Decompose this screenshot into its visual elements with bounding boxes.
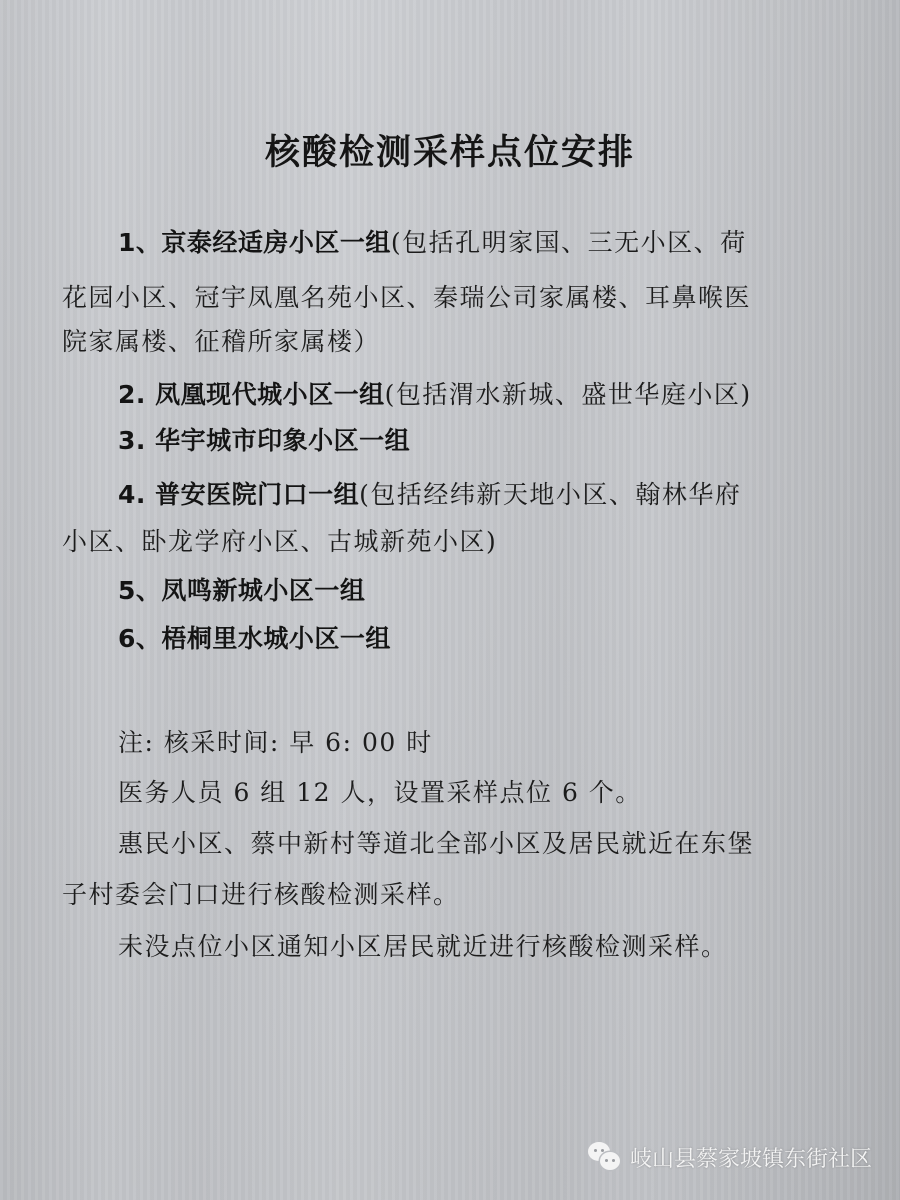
note-north-residents: 惠民小区、蔡中新村等道北全部小区及居民就近在东堡 [118, 829, 754, 859]
note-staff: 医务人员 6 组 12 人，设置采样点位 6 个。 [118, 778, 642, 808]
list-item-5: 5、凤鸣新城小区一组 [118, 576, 365, 606]
list-item-4-continuation: 小区、卧龙学府小区、古城新苑小区) [62, 527, 497, 557]
watermark-text: 岐山县蔡家坡镇东街社区 [630, 1142, 872, 1173]
item-heading: 4. 普安医院门口一组 [118, 480, 359, 509]
list-item-2: 2. 凤凰现代城小区一组(包括渭水新城、盛世华庭小区) [118, 380, 752, 410]
item-heading: 5、凤鸣新城小区一组 [118, 576, 365, 605]
note-sampling-time: 注: 核采时间: 早 6: 00 时 [118, 728, 433, 758]
document-title: 核酸检测采样点位安排 [0, 125, 900, 175]
item-detail: (包括经纬新天地小区、翰林华府 [359, 480, 741, 509]
item-heading: 2. 凤凰现代城小区一组 [118, 380, 385, 409]
list-item-3: 3. 华宇城市印象小区一组 [118, 426, 410, 456]
item-heading: 1、京泰经适房小区一组 [118, 228, 391, 257]
note-other-residents: 未没点位小区通知小区居民就近进行核酸检测采样。 [118, 932, 728, 962]
list-item-6: 6、梧桐里水城小区一组 [118, 624, 391, 654]
list-item-1: 1、京泰经适房小区一组(包括孔明家国、三无小区、荷 [118, 228, 747, 258]
account-watermark: 岐山县蔡家坡镇东街社区 [588, 1140, 872, 1174]
list-item-4: 4. 普安医院门口一组(包括经纬新天地小区、翰林华府 [118, 480, 741, 510]
list-item-1-continuation: 花园小区、冠宇凤凰名苑小区、秦瑞公司家属楼、耳鼻喉医 [62, 283, 751, 313]
item-heading: 6、梧桐里水城小区一组 [118, 624, 391, 653]
item-detail: (包括渭水新城、盛世华庭小区) [385, 380, 752, 409]
wechat-icon [588, 1140, 624, 1174]
item-heading: 3. 华宇城市印象小区一组 [118, 426, 410, 455]
item-detail: (包括孔明家国、三无小区、荷 [391, 228, 747, 257]
list-item-1-continuation: 院家属楼、征稽所家属楼） [62, 327, 380, 357]
note-north-residents-continuation: 子村委会门口进行核酸检测采样。 [62, 880, 460, 910]
